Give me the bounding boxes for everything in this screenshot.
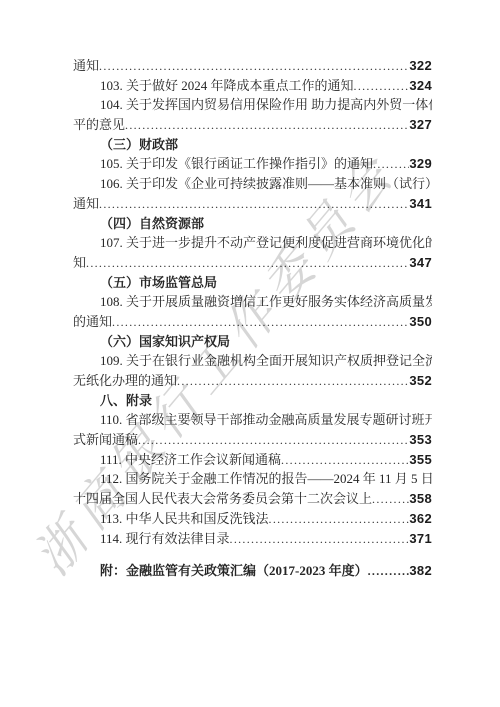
page-number: 353 <box>409 430 432 450</box>
toc-entry: 无纸化办理的通知................................… <box>73 371 432 391</box>
toc-entry: 八、附录 <box>73 391 432 411</box>
toc-entry-text: 式新闻通稿 <box>73 430 138 450</box>
toc-entry: 112. 国务院关于金融工作情况的报告——2024 年 11 月 5 日在第 <box>73 469 432 489</box>
dot-leader: ........................................… <box>281 451 409 470</box>
toc-entry: 107. 关于进一步提升不动产登记便利度促进营商环境优化的通 <box>73 233 432 253</box>
dot-leader: ........................................… <box>99 57 409 76</box>
page-number: 362 <box>409 509 432 529</box>
toc-entry-text: 114. 现行有效法律目录 <box>100 529 230 549</box>
page-number: 329 <box>409 154 432 174</box>
toc-entry-text: 107. 关于进一步提升不动产登记便利度促进营商环境优化的通 <box>100 233 432 253</box>
page-number: 322 <box>409 56 432 76</box>
toc-entry-text: 的通知 <box>73 312 112 332</box>
toc-entry-text: 平的意见 <box>73 115 125 135</box>
toc-entry: 式新闻通稿...................................… <box>73 430 432 450</box>
dot-leader: ........................................… <box>138 431 409 450</box>
dot-leader: ........................................… <box>125 116 409 135</box>
toc-entry-text: 十四届全国人民代表大会常务委员会第十二次会议上 <box>73 489 372 509</box>
toc-entry: （六）国家知识产权局 <box>73 332 432 352</box>
toc-entry-text: 八、附录 <box>100 391 152 411</box>
toc-entry-text: （六）国家知识产权局 <box>100 332 230 352</box>
toc-entry-text: 103. 关于做好 2024 年降成本重点工作的通知 <box>100 76 354 96</box>
toc-entry-text: 附：金融监管有关政策汇编（2017-2023 年度） <box>100 561 368 581</box>
dot-leader: ........................................… <box>86 254 409 273</box>
toc-entry: 知.......................................… <box>73 253 432 273</box>
toc-entry: 104. 关于发挥国内贸易信用保险作用 助力提高内外贸一体化水 <box>73 95 432 115</box>
toc-entry: （五）市场监管总局 <box>73 273 432 293</box>
toc-entry-text: 105. 关于印发《银行函证工作操作指引》的通知 <box>100 154 373 174</box>
page-number: 341 <box>409 194 432 214</box>
page-number: 355 <box>409 450 432 470</box>
toc-entry-text: 106. 关于印发《企业可持续披露准则——基本准则（试行）》的 <box>100 174 432 194</box>
toc-entry: （三）财政部 <box>73 135 432 155</box>
toc-entry: 通知......................................… <box>73 56 432 76</box>
page-number: 327 <box>409 115 432 135</box>
page-number: 350 <box>409 312 432 332</box>
toc-spacer <box>73 548 432 561</box>
page-number: 324 <box>409 76 432 96</box>
toc-entry-text: 通知 <box>73 194 99 214</box>
toc-entry: （四）自然资源部 <box>73 214 432 234</box>
toc-entry-text: 110. 省部级主要领导干部推动金融高质量发展专题研讨班开班 <box>100 410 432 430</box>
toc-entry-text: 111. 中央经济工作会议新闻通稿 <box>100 450 281 470</box>
toc-entry-text: 104. 关于发挥国内贸易信用保险作用 助力提高内外贸一体化水 <box>100 95 432 115</box>
toc-entry-text: （五）市场监管总局 <box>100 273 217 293</box>
dot-leader: ........................................… <box>177 372 409 391</box>
page-number: 347 <box>409 253 432 273</box>
toc-entry-text: 113. 中华人民共和国反洗钱法 <box>100 509 269 529</box>
dot-leader: ........................................… <box>372 490 409 509</box>
dot-leader: ........................................… <box>112 313 409 332</box>
toc-entry: 113. 中华人民共和国反洗钱法........................… <box>73 509 432 529</box>
toc-entry: 109. 关于在银行业金融机构全面开展知识产权质押登记全流程 <box>73 351 432 371</box>
toc-entry: 108. 关于开展质量融资增信工作更好服务实体经济高质量发展 <box>73 292 432 312</box>
toc-entry-text: （三）财政部 <box>100 135 178 155</box>
toc-entry: 111. 中央经济工作会议新闻通稿.......................… <box>73 450 432 470</box>
toc-entry-text: 无纸化办理的通知 <box>73 371 177 391</box>
dot-leader: ........................................… <box>373 155 409 174</box>
toc-entry-text: 通知 <box>73 56 99 76</box>
toc-entry: 103. 关于做好 2024 年降成本重点工作的通知..............… <box>73 76 432 96</box>
dot-leader: ........................................… <box>230 530 410 549</box>
toc-entry-text: 112. 国务院关于金融工作情况的报告——2024 年 11 月 5 日在第 <box>100 469 432 489</box>
toc-entry: 通知......................................… <box>73 194 432 214</box>
toc-entry-text: （四）自然资源部 <box>100 214 204 234</box>
toc-entry: 十四届全国人民代表大会常务委员会第十二次会议上.................… <box>73 489 432 509</box>
dot-leader: ........................................… <box>99 195 409 214</box>
toc-entry: 附：金融监管有关政策汇编（2017-2023 年度）..............… <box>73 561 432 581</box>
toc-entry: 105. 关于印发《银行函证工作操作指引》的通知................… <box>73 154 432 174</box>
toc-entry-text: 知 <box>73 253 86 273</box>
toc-entry-text: 109. 关于在银行业金融机构全面开展知识产权质押登记全流程 <box>100 351 432 371</box>
page-number: 352 <box>409 371 432 391</box>
dot-leader: ........................................… <box>368 562 410 581</box>
dot-leader: ........................................… <box>354 77 410 96</box>
dot-leader: ........................................… <box>269 510 410 529</box>
toc-entry-text: 108. 关于开展质量融资增信工作更好服务实体经济高质量发展 <box>100 292 432 312</box>
toc-entry: 的通知.....................................… <box>73 312 432 332</box>
toc-entry: 平的意见....................................… <box>73 115 432 135</box>
toc-entry: 106. 关于印发《企业可持续披露准则——基本准则（试行）》的 <box>73 174 432 194</box>
toc-entry: 110. 省部级主要领导干部推动金融高质量发展专题研讨班开班 <box>73 410 432 430</box>
page-number: 358 <box>409 489 432 509</box>
document-page: 浙商银行工作委员会 通知............................… <box>0 0 500 707</box>
toc-content: 通知......................................… <box>73 56 432 581</box>
toc-entry: 114. 现行有效法律目录...........................… <box>73 529 432 549</box>
page-number: 371 <box>409 529 432 549</box>
page-number: 382 <box>409 561 432 581</box>
